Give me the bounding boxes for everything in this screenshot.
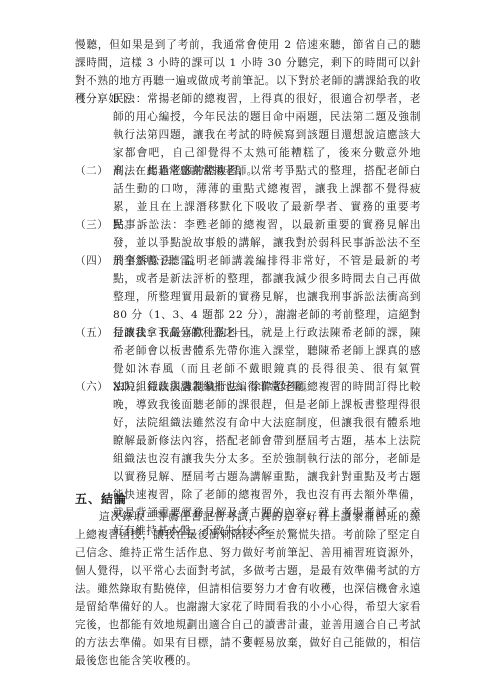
- item-number: （五）: [75, 324, 111, 342]
- page-number: 3: [0, 636, 494, 646]
- section-heading: 五、結論: [75, 490, 127, 507]
- document-page: 慢聽，但如果是到了考前，我通常會使用 2 倍速來聽，節省自己的聽課時間，這樣 3…: [0, 0, 494, 700]
- item-number: （六）: [75, 378, 111, 396]
- item-number: （三）: [75, 216, 111, 234]
- item-number: （一）: [75, 90, 111, 108]
- item-number: （四）: [75, 252, 111, 270]
- item-number: （二）: [75, 162, 111, 180]
